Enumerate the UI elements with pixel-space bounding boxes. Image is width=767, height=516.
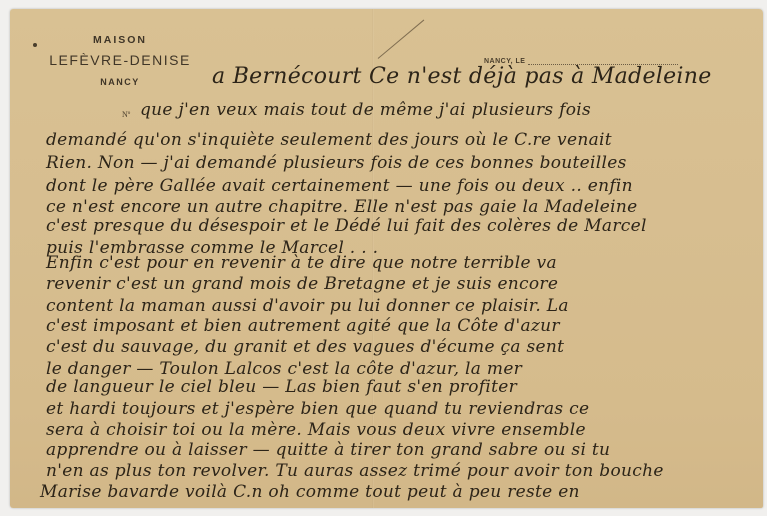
letter-line: c'est du sauvage, du granit et des vague… <box>46 337 564 357</box>
letter-line: Enfin c'est pour en revenir à te dire qu… <box>46 253 557 273</box>
letter-line: apprendre ou à laisser — quitte à tirer … <box>46 440 610 460</box>
letter-line: que j'en veux mais tout de même j'ai plu… <box>140 100 591 120</box>
letter-line: demandé qu'on s'inquiète seulement des j… <box>46 130 612 150</box>
letter-line: Marise bavarde voilà C.n oh comme tout p… <box>40 482 580 502</box>
letter-line: a Bernécourt Ce n'est déjà pas à Madelei… <box>212 64 712 89</box>
letter-line: le danger — Toulon Lalcos c'est la côte … <box>46 359 522 379</box>
letter-line: Rien. Non — j'ai demandé plusieurs fois … <box>46 153 627 173</box>
letter-line: ce n'est encore un autre chapitre. Elle … <box>46 197 638 217</box>
letter-line: et hardi toujours et j'espère bien que q… <box>46 399 589 419</box>
letter-line: n'en as plus ton revolver. Tu auras asse… <box>46 461 664 481</box>
letter-line: de langueur le ciel bleu — Las bien faut… <box>46 377 517 397</box>
letter-line: c'est imposant et bien autrement agité q… <box>46 316 560 336</box>
handwritten-letter-body: a Bernécourt Ce n'est déjà pas à Madelei… <box>0 0 767 516</box>
letter-line: c'est presque du désespoir et le Dédé lu… <box>46 216 647 236</box>
letter-line: content la maman aussi d'avoir pu lui do… <box>46 296 569 316</box>
letter-line: revenir c'est un grand mois de Bretagne … <box>46 274 558 294</box>
letter-line: sera à choisir toi ou la mère. Mais vous… <box>46 420 586 440</box>
letter-line: dont le père Gallée avait certainement —… <box>46 176 633 196</box>
